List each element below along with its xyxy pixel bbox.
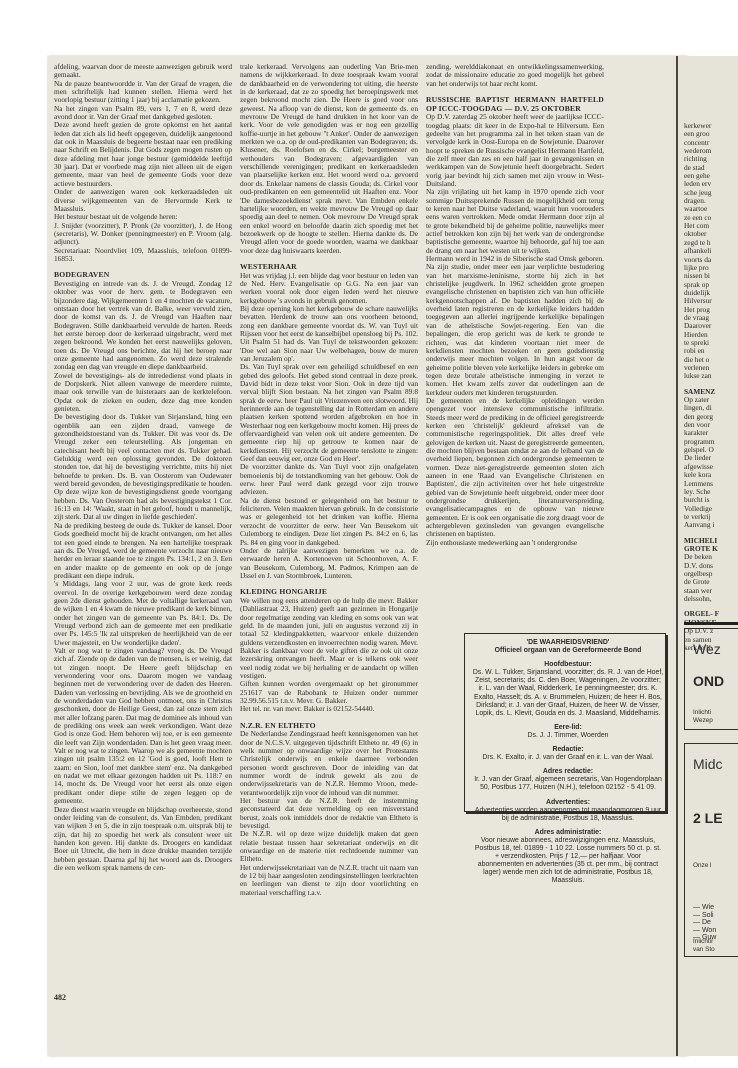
text-column-3: zending, werelddiakonaat en ontwikkeling…: [426, 63, 604, 547]
text-line: lukse zan: [684, 372, 738, 380]
text-line: van Sto: [693, 946, 715, 954]
paragraph: Op D.V. zaterdag 25 oktober heeft weer d…: [426, 113, 604, 188]
colophon-section: Eere-lid:Ds. J. J. Timmer, Woerden: [472, 724, 664, 740]
colophon-section: Advertenties:Advertenties worden aangeno…: [472, 799, 664, 823]
colophon-heading: Redactie:: [472, 746, 664, 754]
ad2-title: Midc: [693, 756, 723, 772]
paragraph: Hermann werd in 1942 in de Siberische st…: [426, 255, 604, 397]
ad2-list: — Wie— Soli— De— Won— Guw: [693, 904, 716, 942]
colophon: 'DE WAARHEIDSVRIEND' Officieel orgaan va…: [472, 639, 664, 885]
paragraph: Zowel de bevestigings- als de intrededie…: [54, 372, 232, 414]
paragraph: Na zijn vrijlating uit het kamp in 1970 …: [426, 188, 604, 255]
text-line: — De: [693, 919, 716, 927]
text-line: Inlichti: [693, 709, 713, 717]
paragraph: De N.Z.R. wil op deze wijze duidelijk ma…: [240, 830, 418, 863]
paragraph: Deze avond heeft gezien de grote opkomst…: [54, 121, 232, 188]
paragraph: Het onderwijssekretariaat van de N.Z.R. …: [240, 864, 418, 897]
ad2-info: Inlichtirvan Sto: [693, 938, 715, 953]
ad2-headline: 2 LE: [693, 810, 723, 826]
paragraph: Onder de aanwezigen waren ook kerkeraads…: [54, 188, 232, 213]
colophon-heading: Advertenties:: [472, 799, 664, 807]
paragraph: Secretariaat: Noordvliet 109, Maassluis,…: [54, 247, 232, 264]
paragraph: Na de prediking besteeg de oude ds. Tukk…: [54, 522, 232, 580]
paragraph: Bevestiging en intrede van ds. J. de Vre…: [54, 280, 232, 372]
text-line: — Wie: [693, 904, 716, 912]
paragraph: Ds. Van Tuyl sprak over een geheiligd sc…: [240, 363, 418, 463]
paragraph: Valt er nog wat te zingen vandaag? vroeg…: [54, 647, 232, 806]
paragraph: Onder de talrijke aanwezigen bemerkten w…: [240, 547, 418, 580]
paragraph: Bij deze opening kon het kerkgebouw de s…: [240, 305, 418, 363]
paragraph: Na de dienst bestond er gelegenheid om h…: [240, 497, 418, 547]
paragraph: Giften kunnen worden overgemaakt op het …: [240, 680, 418, 705]
text-column-1: afdeling, waarvan door de meeste aanwezi…: [54, 63, 232, 872]
colophon-heading: Hoofdbestuur:: [472, 661, 664, 669]
paragraph: Na de pauze beantwoordde ir. Van der Gra…: [54, 80, 232, 105]
paragraph: De voorzitter dankte ds. Van Tuyl voor z…: [240, 463, 418, 496]
page-number: 482: [54, 993, 66, 1002]
text-line: Aanvang i: [684, 521, 738, 529]
paragraph: Na het zingen van Psalm 89, vers 1, 7 en…: [54, 105, 232, 122]
colophon-title: 'DE WAARHEIDSVRIEND': [472, 639, 664, 647]
text-line: delssohn,: [684, 595, 738, 603]
paragraph: zending, werelddiakonaat en ontwikkeling…: [426, 63, 604, 88]
colophon-text: Drs. K. Exalto, ir. J. van der Graaf en …: [472, 754, 664, 762]
adjacent-rule: [684, 622, 738, 625]
colophon-text: Ds. W. L. Tukker, Sirjansland, voorzitte…: [472, 669, 664, 718]
colophon-section: Redactie:Drs. K. Exalto, ir. J. van der …: [472, 746, 664, 762]
ad1-headline: OND: [693, 673, 724, 689]
paragraph: De bevestiging door ds. Tukker van Sirja…: [54, 413, 232, 521]
colophon-text: Ds. J. J. Timmer, Woerden: [472, 732, 664, 740]
colophon-text: Ir. J. van der Graaf, algemeen secretari…: [472, 776, 664, 792]
paragraph: Zijn enthousiaste medewerking aan 't ond…: [426, 539, 604, 547]
colophon-text: Advertenties worden aangenomen tot maand…: [472, 807, 664, 823]
section-heading: RUSSISCHE BAPTIST HERMANN HARTFELD OP IC…: [426, 96, 604, 113]
paragraph: Het bestuur van de N.Z.R. heeft de inste…: [240, 797, 418, 830]
paragraph: Het was vrijdag j.l. een blijde dag voor…: [240, 272, 418, 305]
colophon-text: Voor nieuwe abonnees, adreswijzigingen e…: [472, 837, 664, 886]
paragraph: We willen nog eens attenderen op de hulp…: [240, 597, 418, 680]
adjacent-ad-1: Wez OND InlichtiWezep: [684, 628, 738, 730]
colophon-heading: Eere-lid:: [472, 724, 664, 732]
page-gutter: [676, 56, 678, 1056]
paragraph: 's Middags, lang voor 2 uur, was de grot…: [54, 580, 232, 647]
paragraph: Deze dienst waarin vreugde en blijdschap…: [54, 806, 232, 873]
paragraph: De Nederlandse Zendingsraad heeft kennis…: [240, 730, 418, 797]
colophon-section: Hoofdbestuur:Ds. W. L. Tukker, Sirjansla…: [472, 661, 664, 718]
colophon-heading: Adres administratie:: [472, 829, 664, 837]
text-line: Wezep: [693, 717, 713, 725]
ad1-info: InlichtiWezep: [693, 709, 713, 724]
text-column-2: trale kerkeraad. Vervolgens aan ouderlin…: [240, 63, 418, 897]
colophon-heading: Adres redactie:: [472, 768, 664, 776]
colophon-section: Adres administratie:Voor nieuwe abonnees…: [472, 829, 664, 886]
paragraph: De gemeenten en de kerkelijke opleidinge…: [426, 397, 604, 539]
text-line: — Soli: [693, 912, 716, 920]
paragraph: afdeling, waarvan door de meeste aanwezi…: [54, 63, 232, 80]
adjacent-page-column: kerkewereen grooconcentrwederomrichtingd…: [684, 122, 738, 652]
ad1-title: Wez: [693, 641, 721, 657]
paragraph: trale kerkeraad. Vervolgens aan ouderlin…: [240, 63, 418, 255]
adjacent-ad-2: Midc 2 LE Onze l — Wie— Soli— De— Won— G…: [684, 743, 738, 957]
paragraph: J. Snijder (voorzitter), P. Pronk (2e vo…: [54, 222, 232, 247]
colophon-subtitle: Officieel orgaan van de Gereformeerde Bo…: [472, 647, 664, 655]
colophon-section: Adres redactie:Ir. J. van der Graaf, alg…: [472, 768, 664, 792]
text-line: Inlichtir: [693, 938, 715, 946]
ad2-sub: Onze l: [693, 862, 711, 870]
paragraph: Het tel. nr. van mevr. Bakker is 02152-5…: [240, 705, 418, 713]
text-line: — Won: [693, 927, 716, 935]
